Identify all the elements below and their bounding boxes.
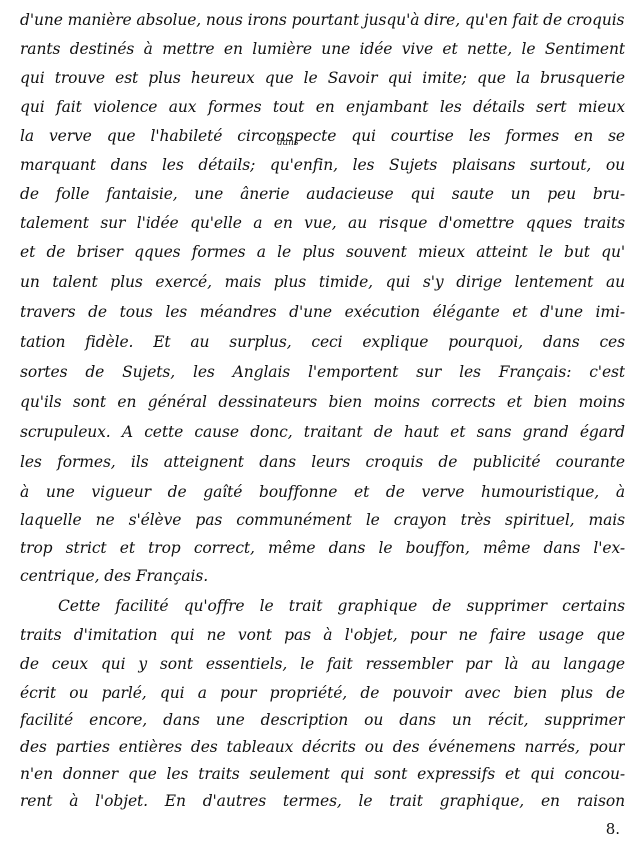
manuscript-line: les formes, ils atteignent dans leurs cr…	[20, 448, 625, 476]
manuscript-line: d'une manière absolue, nous irons pourta…	[20, 6, 625, 34]
manuscript-line: la verve que l'habileté circonspecte qui…	[20, 122, 625, 150]
manuscript-line: laquelle ne s'élève pas communément le c…	[20, 506, 625, 534]
manuscript-line: sortes de Sujets, les Anglais l'emporten…	[20, 358, 625, 386]
manuscript-line: marquant dans les détails; qu'enfin, les…	[20, 151, 625, 179]
manuscript-line: trop strict et trop correct, même dans l…	[20, 534, 625, 562]
manuscript-line: scrupuleux. A cette cause donc, traitant…	[20, 418, 625, 446]
interlinear-insertion: dans	[277, 138, 299, 148]
manuscript-line: écrit ou parlé, qui a pour propriété, de…	[20, 679, 625, 707]
manuscript-line: Cette facilité qu'offre le trait graphiq…	[58, 592, 625, 620]
manuscript-line: de ceux qui y sont essentiels, le fait r…	[20, 650, 625, 678]
manuscript-line: facilité encore, dans une description ou…	[20, 706, 625, 734]
manuscript-line: n'en donner que les traits seulement qui…	[20, 760, 625, 788]
manuscript-line: qu'ils sont en général dessinateurs bien…	[20, 388, 625, 416]
manuscript-line: à une vigueur de gaîté bouffonne et de v…	[20, 478, 625, 506]
manuscript-line: travers de tous les méandres d'une exécu…	[20, 298, 625, 326]
manuscript-line: talement sur l'idée qu'elle a en vue, au…	[20, 209, 625, 237]
manuscript-line: qui trouve est plus heureux que le Savoi…	[20, 64, 625, 92]
manuscript-line: qui fait violence aux formes tout en enj…	[20, 93, 625, 121]
manuscript-line: de folle fantaisie, une ânerie audacieus…	[20, 180, 625, 208]
manuscript-line: centrique, des Français.	[20, 562, 625, 590]
manuscript-line: des parties entières des tableaux décrit…	[20, 733, 625, 761]
manuscript-line: un talent plus exercé, mais plus timide,…	[20, 268, 625, 296]
manuscript-line: traits d'imitation qui ne vont pas à l'o…	[20, 621, 625, 649]
manuscript-line: et de briser qques formes a le plus souv…	[20, 238, 625, 266]
page-number: 8.	[606, 820, 620, 838]
manuscript-line: rent à l'objet. En d'autres termes, le t…	[20, 787, 625, 815]
manuscript-line: rants destinés à mettre en lumière une i…	[20, 35, 625, 63]
manuscript-line: tation fidèle. Et au surplus, ceci expli…	[20, 328, 625, 356]
manuscript-page: d'une manière absolue, nous irons pourta…	[0, 0, 640, 853]
